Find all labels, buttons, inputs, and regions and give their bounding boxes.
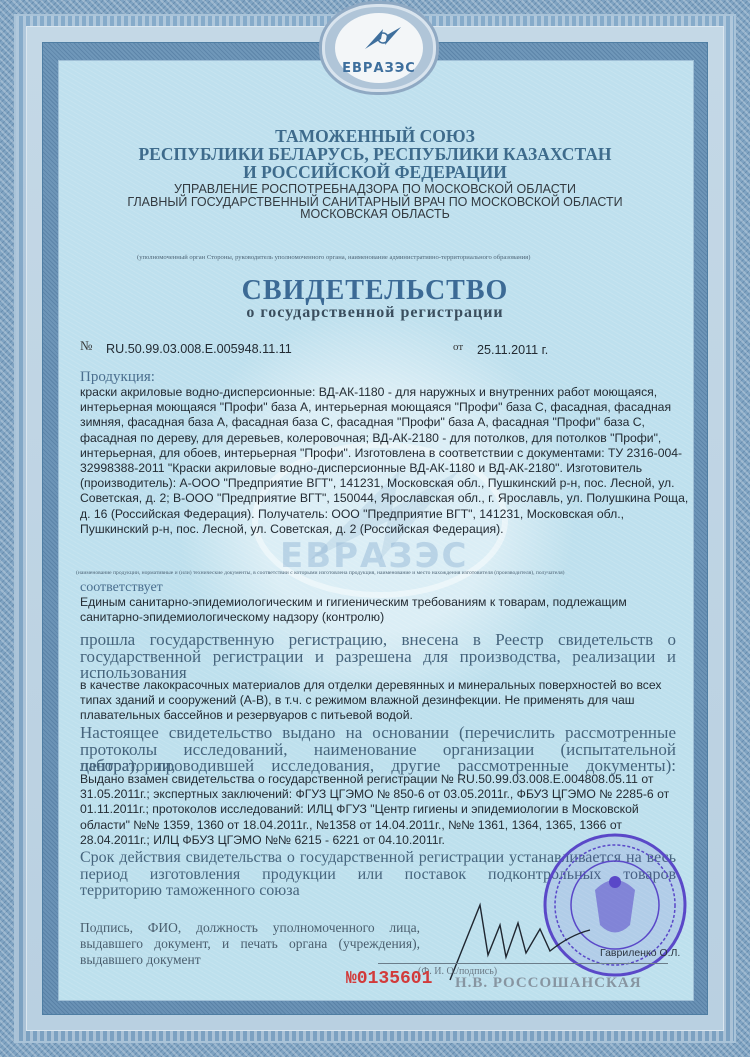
text-line: 01.11.2011г.; протоколов исследований: И…	[80, 802, 639, 817]
registration-date: 25.11.2011 г.	[477, 343, 548, 357]
text-line: Пушкинский р-н, пос. Лесной, ул. Советск…	[80, 522, 504, 537]
conformity-label: соответствует	[80, 580, 163, 596]
text-line: плавательных бассейнов и резервуаров с п…	[80, 708, 413, 723]
eurasec-emblem-icon	[363, 23, 403, 53]
text-line: Выдано взамен свидетельства о государств…	[80, 772, 653, 787]
authority-caption: (уполномоченный орган Стороны, руководит…	[137, 254, 530, 261]
text-line: типах зданий и сооружений (А-В), в т.ч. …	[80, 693, 635, 708]
text-line: Советская, д. 2; В-ООО "Предприятие ВГТ"…	[80, 491, 688, 506]
number-sign: №	[80, 338, 92, 354]
text-line: в качестве лакокрасочных материалов для …	[80, 678, 662, 693]
text-line: интерьерная моющаяся "Профи" база А, инт…	[80, 400, 671, 415]
text-line: Единым санитарно-эпидемиологическим и ги…	[80, 595, 627, 610]
text-line: 31.05.2011г.; экспертных заключений: ФГУ…	[80, 787, 669, 802]
product-caption: (наименование продукции, нормативные и (…	[76, 570, 565, 576]
text-line: краски акриловые водно-дисперсионные: ВД…	[80, 385, 657, 400]
product-label: Продукция:	[80, 369, 155, 386]
authority-line-3: МОСКОВСКАЯ ОБЛАСТЬ	[0, 207, 750, 221]
date-label: от	[453, 341, 463, 353]
text-line: 32998388-2011 "Краски акриловые водно-ди…	[80, 461, 642, 476]
text-line: интерьерная, для обоев, интерьерная "Про…	[80, 446, 682, 461]
text-line: д. 16 (Российская Федерация). Получатель…	[80, 507, 624, 522]
official-name: Н.В. РОССОШАНСКАЯ	[455, 975, 642, 992]
text-line: 28.04.2011г.; ИЛЦ ФБУЗ ЦГЭМО №№ 6215 - 6…	[80, 833, 445, 848]
serial-number: №0135601	[346, 969, 432, 989]
header-line-3: И РОССИЙСКОЙ ФЕДЕРАЦИИ	[0, 163, 750, 182]
text-line: зимняя, фасадная база А, фасадная база С…	[80, 415, 645, 430]
authority-line-1: УПРАВЛЕНИЕ РОСПОТРЕБНАДЗОРА ПО МОСКОВСКО…	[0, 182, 750, 196]
document-title: СВИДЕТЕЛЬСТВО	[0, 275, 750, 307]
emblem-label: ЕВРАЗЭС	[335, 61, 423, 76]
text-line: выдавшего документ, и печать органа (учр…	[80, 936, 420, 953]
signature-line	[378, 963, 668, 964]
eurasec-emblem: ЕВРАЗЭС	[322, 4, 436, 92]
text-line: (производитель): А-ООО "Предприятие ВГТ"…	[80, 476, 675, 491]
document-subtitle: о государственной регистрации	[0, 304, 750, 322]
registration-number: RU.50.99.03.008.Е.005948.11.11	[106, 342, 292, 356]
text-line: санитарно-эпидемиологическому надзору (к…	[80, 610, 384, 625]
text-line: выдавшего документ	[80, 952, 420, 969]
text-line: Подпись, ФИО, должность уполномоченного …	[80, 920, 420, 937]
text-line: фасадная по дереву, для деревьев, колеро…	[80, 431, 661, 446]
signer-name: Гавриленко О.Л.	[600, 947, 680, 959]
